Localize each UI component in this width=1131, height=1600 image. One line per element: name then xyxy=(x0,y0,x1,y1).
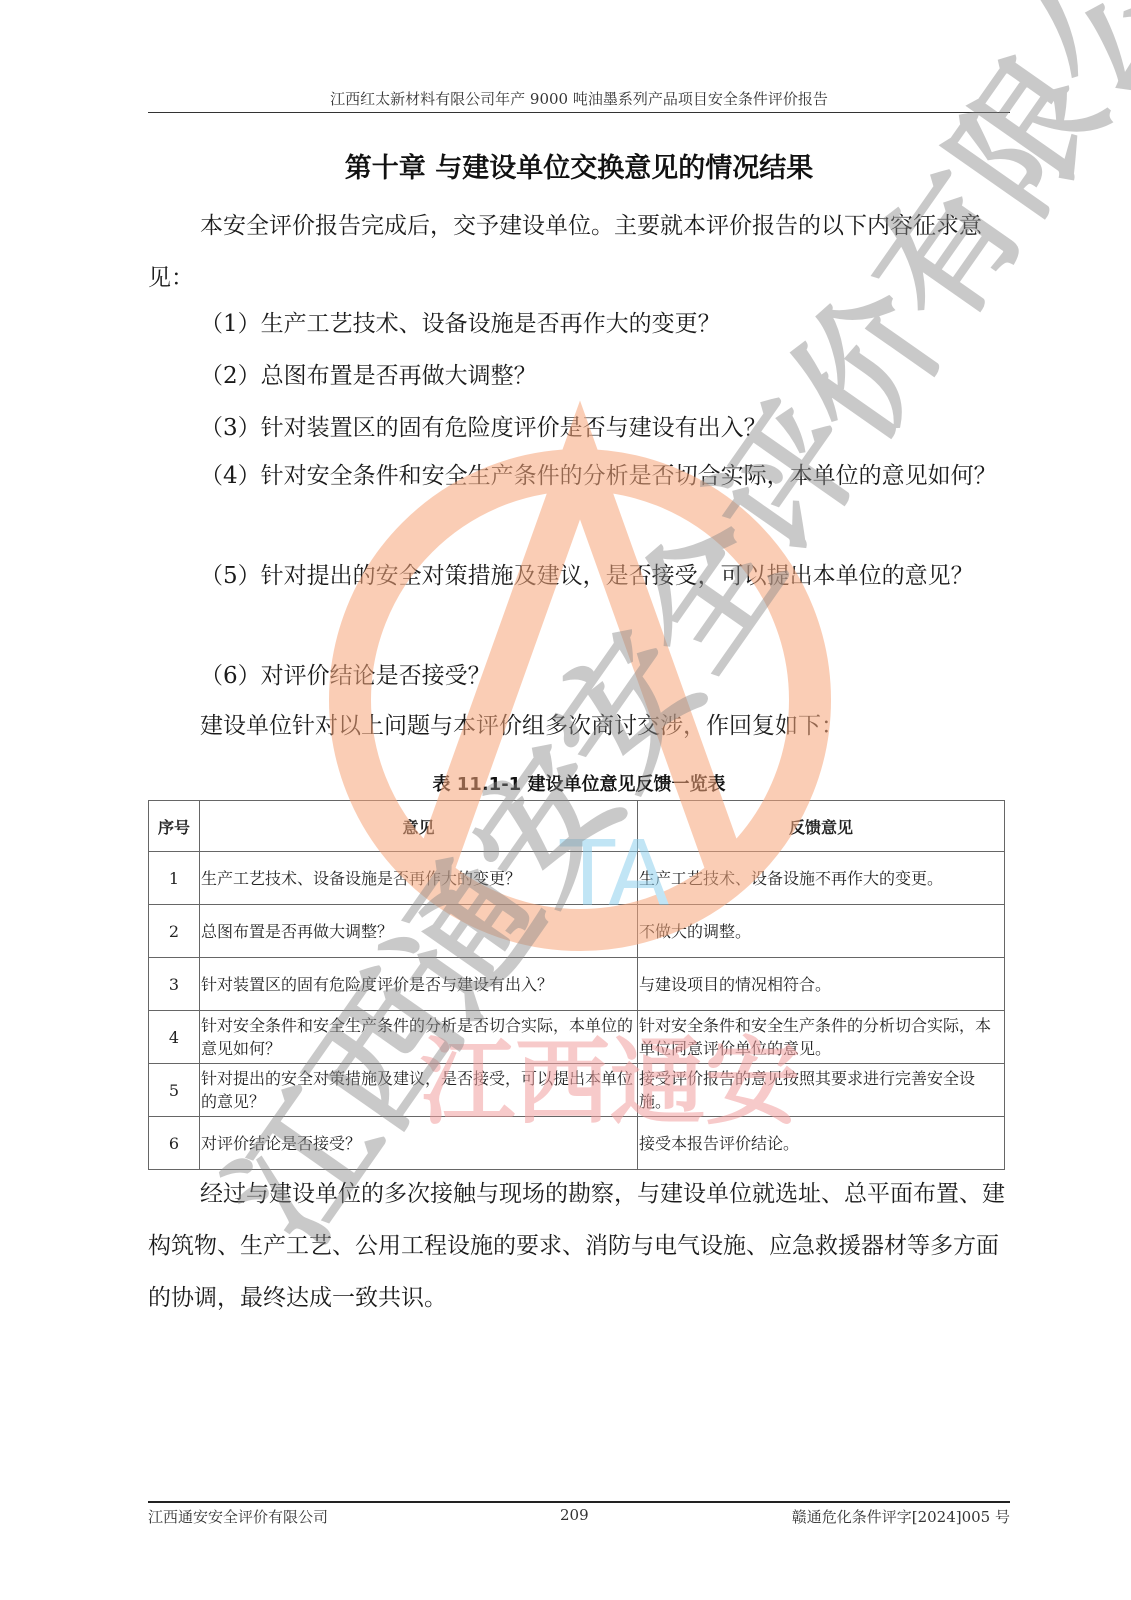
table-row: 1 生产工艺技术、设备设施是否再作大的变更？ 生产工艺技术、设备设施不再作大的变… xyxy=(149,852,1005,905)
row-number: 4 xyxy=(149,1011,200,1064)
chapter-title: 第十章 与建设单位交换意见的情况结果 xyxy=(148,146,1010,185)
question-item-1: （1）生产工艺技术、设备设施是否再作大的变更？ xyxy=(148,298,1062,350)
row-number: 2 xyxy=(149,905,200,958)
row-number: 3 xyxy=(149,958,200,1011)
table-row: 4 针对安全条件和安全生产条件的分析是否切合实际，本单位的意见如何？ 针对安全条… xyxy=(149,1011,1005,1064)
feedback-table: 序号 意见 反馈意见 1 生产工艺技术、设备设施是否再作大的变更？ 生产工艺技术… xyxy=(148,800,1005,1170)
table-row: 3 针对装置区的固有危险度评价是否与建设有出入？ 与建设项目的情况相符合。 xyxy=(149,958,1005,1011)
row-opinion: 对评价结论是否接受？ xyxy=(200,1117,638,1170)
row-opinion: 针对安全条件和安全生产条件的分析是否切合实际，本单位的意见如何？ xyxy=(200,1011,638,1064)
row-feedback: 生产工艺技术、设备设施不再作大的变更。 xyxy=(638,852,1005,905)
row-feedback: 接受评价报告的意见按照其要求进行完善安全设施。 xyxy=(638,1064,1005,1117)
question-item-6: （6）对评价结论是否接受？ xyxy=(148,650,1062,702)
row-opinion: 生产工艺技术、设备设施是否再作大的变更？ xyxy=(200,852,638,905)
question-item-2: （2）总图布置是否再做大调整？ xyxy=(148,350,1062,402)
question-item-3: （3）针对装置区的固有危险度评价是否与建设有出入？ xyxy=(148,402,1062,454)
row-number: 6 xyxy=(149,1117,200,1170)
table-row: 2 总图布置是否再做大调整？ 不做大的调整。 xyxy=(149,905,1005,958)
footer-company: 江西通安安全评价有限公司 xyxy=(148,1506,328,1527)
question-item-5: （5）针对提出的安全对策措施及建议，是否接受，可以提出本单位的意见？ xyxy=(148,550,1010,602)
running-header: 江西红太新材料有限公司年产 9000 吨油墨系列产品项目安全条件评价报告 xyxy=(148,88,1010,109)
row-feedback: 不做大的调整。 xyxy=(638,905,1005,958)
column-header-feedback: 反馈意见 xyxy=(638,801,1005,852)
row-opinion: 总图布置是否再做大调整？ xyxy=(200,905,638,958)
table-row: 5 针对提出的安全对策措施及建议，是否接受，可以提出本单位的意见？ 接受评价报告… xyxy=(149,1064,1005,1117)
row-number: 5 xyxy=(149,1064,200,1117)
table-header-row: 序号 意见 反馈意见 xyxy=(149,801,1005,852)
page-number: 209 xyxy=(560,1506,589,1524)
question-item-4: （4）针对安全条件和安全生产条件的分析是否切合实际，本单位的意见如何？ xyxy=(148,450,1010,502)
footer-divider xyxy=(148,1501,1010,1503)
row-number: 1 xyxy=(149,852,200,905)
reply-intro-paragraph: 建设单位针对以上问题与本评价组多次商讨交涉，作回复如下： xyxy=(148,700,1010,752)
row-feedback: 接受本报告评价结论。 xyxy=(638,1117,1005,1170)
row-opinion: 针对装置区的固有危险度评价是否与建设有出入？ xyxy=(200,958,638,1011)
header-divider xyxy=(148,112,1010,113)
intro-paragraph: 本安全评价报告完成后，交予建设单位。主要就本评价报告的以下内容征求意见： xyxy=(148,200,1010,304)
document-number: 赣通危化条件评字[2024]005 号 xyxy=(792,1506,1010,1527)
row-feedback: 与建设项目的情况相符合。 xyxy=(638,958,1005,1011)
row-feedback: 针对安全条件和安全生产条件的分析切合实际，本单位同意评价单位的意见。 xyxy=(638,1011,1005,1064)
column-header-opinion: 意见 xyxy=(200,801,638,852)
column-header-number: 序号 xyxy=(149,801,200,852)
document-page: 江西红太新材料有限公司年产 9000 吨油墨系列产品项目安全条件评价报告 第十章… xyxy=(0,0,1131,1600)
row-opinion: 针对提出的安全对策措施及建议，是否接受，可以提出本单位的意见？ xyxy=(200,1064,638,1117)
conclusion-paragraph: 经过与建设单位的多次接触与现场的勘察，与建设单位就选址、总平面布置、建构筑物、生… xyxy=(148,1168,1010,1324)
table-row: 6 对评价结论是否接受？ 接受本报告评价结论。 xyxy=(149,1117,1005,1170)
table-caption: 表 11.1-1 建设单位意见反馈一览表 xyxy=(148,770,1010,796)
